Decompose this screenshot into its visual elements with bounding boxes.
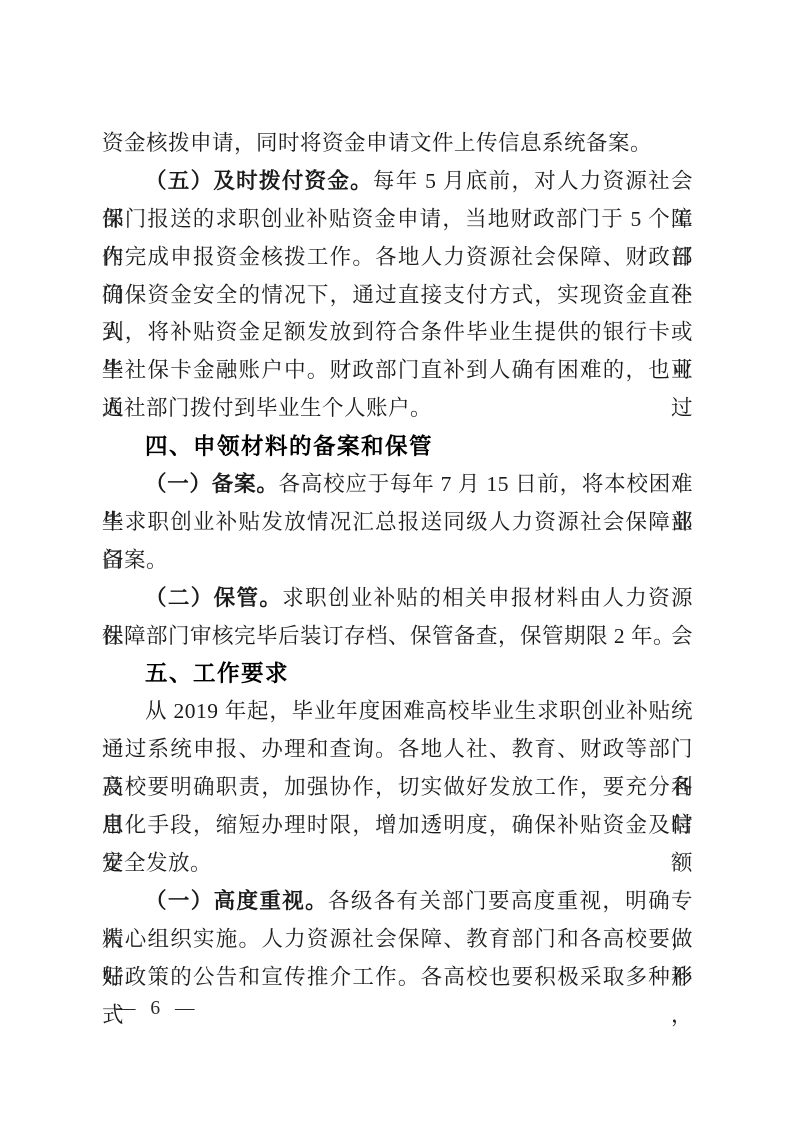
heading-text: 五、工作要求 [145,661,289,686]
text-line: 确保资金安全的情况下，通过直接支付方式，实现资金直补到 [102,277,693,315]
body-text: 安全发放。 [102,851,212,875]
text-line: （二）保管。求职创业补贴的相关申报材料由人力资源社会 [102,580,693,618]
text-line: 人，将补贴资金足额发放到符合条件毕业生提供的银行卡或毕业 [102,314,693,352]
paragraph-lead-text: （五）及时拨付资金。 [145,169,373,193]
body-text: 保障部门审核完毕后装订存档、保管备查，保管期限 2 年。 [102,624,675,648]
text-line: 内完成申报资金核拨工作。各地人力资源社会保障、财政部门在 [102,239,693,277]
text-line: 贴政策的公告和宣传推介工作。各高校也要积极采取多种形式， [102,959,693,997]
body-text: 备案。 [102,548,168,572]
section-heading: 四、申领材料的备案和保管 [102,428,693,466]
body-text: 资金核拨申请，同时将资金申请文件上传信息系统备案。 [102,131,652,155]
section-heading: 五、工作要求 [102,655,693,693]
text-line: 资金核拨申请，同时将资金申请文件上传信息系统备案。 [102,125,693,163]
text-line: 精心组织实施。人力资源社会保障、教育部门和各高校要做好补 [102,921,693,959]
text-line: （五）及时拨付资金。每年 5 月底前，对人力资源社会保障 [102,163,693,201]
text-line: （一）备案。各高校应于每年 7 月 15 日前，将本校困难毕业 [102,466,693,504]
document-body: 资金核拨申请，同时将资金申请文件上传信息系统备案。（五）及时拨付资金。每年 5 … [102,125,693,996]
text-line: 生社保卡金融账户中。财政部门直补到人确有困难的，也可通过 [102,352,693,390]
text-line: 息化手段，缩短办理时限，增加透明度，确保补贴资金及时足额 [102,807,693,845]
document-page: 资金核拨申请，同时将资金申请文件上传信息系统备案。（五）及时拨付资金。每年 5 … [0,0,793,1122]
heading-text: 四、申领材料的备案和保管 [145,434,433,459]
paragraph-lead-text: （一）备案。 [145,472,279,496]
paragraph-lead-text: （二）保管。 [145,586,282,610]
text-line: 通过系统申报、办理和查询。各地人社、教育、财政等部门及各 [102,731,693,769]
text-line: 高校要明确职责，加强协作，切实做好发放工作，要充分利用信 [102,769,693,807]
text-line: 从 2019 年起，毕业年度困难高校毕业生求职创业补贴统一 [102,693,693,731]
text-line: 生求职创业补贴发放情况汇总报送同级人力资源社会保障部门 [102,504,693,542]
page-number: — 6 — [116,998,200,1020]
text-line: （一）高度重视。各级各有关部门要高度重视，明确专人， [102,883,693,921]
body-text: 人社部门拨付到毕业生个人账户。 [102,396,432,420]
paragraph-lead-text: （一）高度重视。 [145,889,328,913]
text-line: 备案。 [102,542,693,580]
text-line: 保障部门审核完毕后装订存档、保管备查，保管期限 2 年。 [102,618,693,656]
text-line: 部门报送的求职创业补贴资金申请，当地财政部门于 5 个工作日 [102,201,693,239]
